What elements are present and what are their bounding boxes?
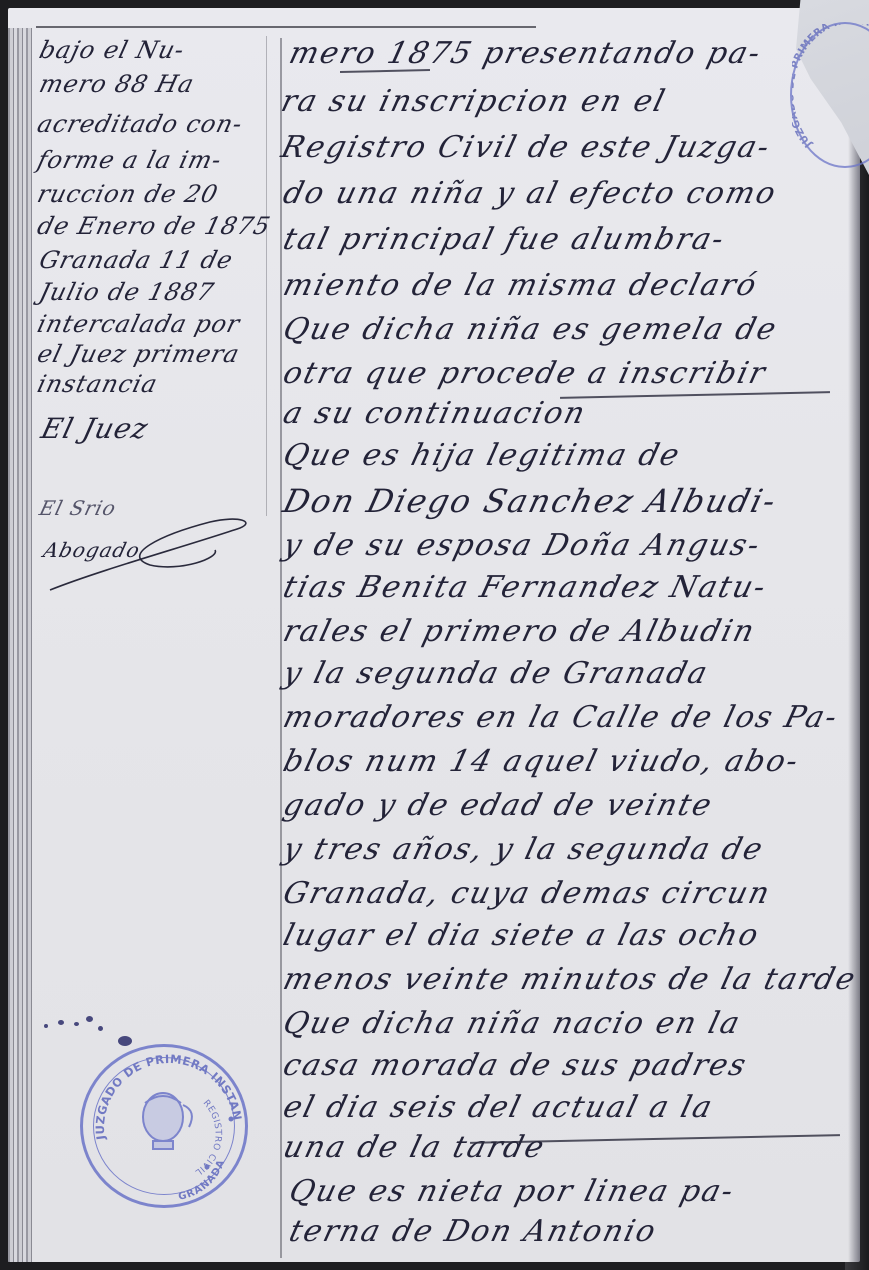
- record-line: miento de la misma declaró: [280, 268, 762, 303]
- record-line: Que es nieta por linea pa-: [286, 1174, 739, 1209]
- record-line: una de la tarde: [280, 1130, 550, 1165]
- record-line: lugar el dia siete a las ocho: [280, 918, 764, 953]
- record-line: Granada, cuya demas circun: [280, 876, 775, 911]
- record-line: y tres años, y la segunda de: [280, 832, 768, 867]
- book-binding: [8, 28, 32, 1262]
- record-line: Que es hija legitima de: [280, 438, 685, 473]
- margin-line: bajo el Nu-: [37, 36, 188, 64]
- record-line: y de su esposa Doña Angus-: [280, 528, 765, 563]
- record-line: y la segunda de Granada: [280, 656, 713, 691]
- record-line: rales el primero de Albudin: [280, 614, 760, 649]
- record-line: tal principal fue alumbra-: [280, 222, 729, 257]
- margin-line: ruccion de 20: [35, 180, 222, 208]
- address-line: moradores en la Calle de los Pa-: [280, 700, 843, 735]
- stamp-seal-icon: JUZGADO DE PRIMERA INSTANCIA Nº 5 GRANAD…: [83, 1047, 251, 1211]
- record-line: el dia seis del actual a la: [280, 1090, 718, 1125]
- record-line: a su continuacion: [280, 396, 591, 431]
- record-line: mero 1875 presentando pa-: [286, 36, 766, 71]
- margin-line: acreditado con-: [35, 110, 246, 138]
- record-line: menos veinte minutos de la tarde: [280, 962, 861, 997]
- margin-line: el Juez primera: [35, 340, 243, 368]
- record-line: terna de Don Antonio: [286, 1214, 661, 1249]
- mother-name-line: tias Benita Fernandez Natu-: [280, 570, 771, 605]
- margin-column-rule: [266, 36, 267, 516]
- coat-of-arms-icon: [143, 1093, 192, 1149]
- record-line: ra su inscripcion en el: [278, 84, 670, 119]
- margin-line: Julio de 1887: [37, 278, 218, 306]
- record-line: Registro Civil de este Juzga-: [278, 130, 775, 165]
- stamp-outer-text: JUZGADO DE PRIMERA INSTANCIA: [792, 24, 869, 150]
- record-line: Que dicha niña nacio en la: [280, 1006, 745, 1041]
- father-name-line: Don Diego Sanchez Albudi-: [279, 482, 781, 520]
- record-line: otra que procede a inscribir: [280, 356, 771, 391]
- margin-judge-label: El Juez: [38, 412, 152, 445]
- margin-line: mero 88 Ha: [37, 70, 198, 98]
- signature-flourish-icon: [40, 510, 250, 600]
- stamp-seal-icon: JUZGADO DE PRIMERA INSTANCIA: [792, 24, 869, 170]
- record-line: gado y de edad de veinte: [280, 788, 717, 823]
- page-shadow: [848, 8, 860, 1262]
- record-line: casa morada de sus padres: [280, 1048, 752, 1083]
- record-line: Que dicha niña es gemela de: [280, 312, 782, 347]
- svg-text:JUZGADO DE PRIMERA INSTANCIA: JUZGADO DE PRIMERA INSTANCIA: [792, 24, 869, 150]
- court-stamp-partial: JUZGADO DE PRIMERA INSTANCIA: [790, 22, 869, 168]
- record-line: do una niña y al efecto como: [280, 176, 781, 211]
- court-stamp-granada: JUZGADO DE PRIMERA INSTANCIA Nº 5 GRANAD…: [80, 1044, 248, 1208]
- margin-line: forme a la im-: [35, 146, 225, 174]
- margin-line: instancia: [35, 370, 161, 398]
- record-line: blos num 14 aquel viudo, abo-: [280, 744, 804, 779]
- margin-line: de Enero de 1875: [35, 212, 274, 240]
- top-rule-line: [36, 26, 536, 28]
- margin-line: intercalada por: [35, 310, 244, 338]
- margin-line: Granada 11 de: [37, 246, 237, 274]
